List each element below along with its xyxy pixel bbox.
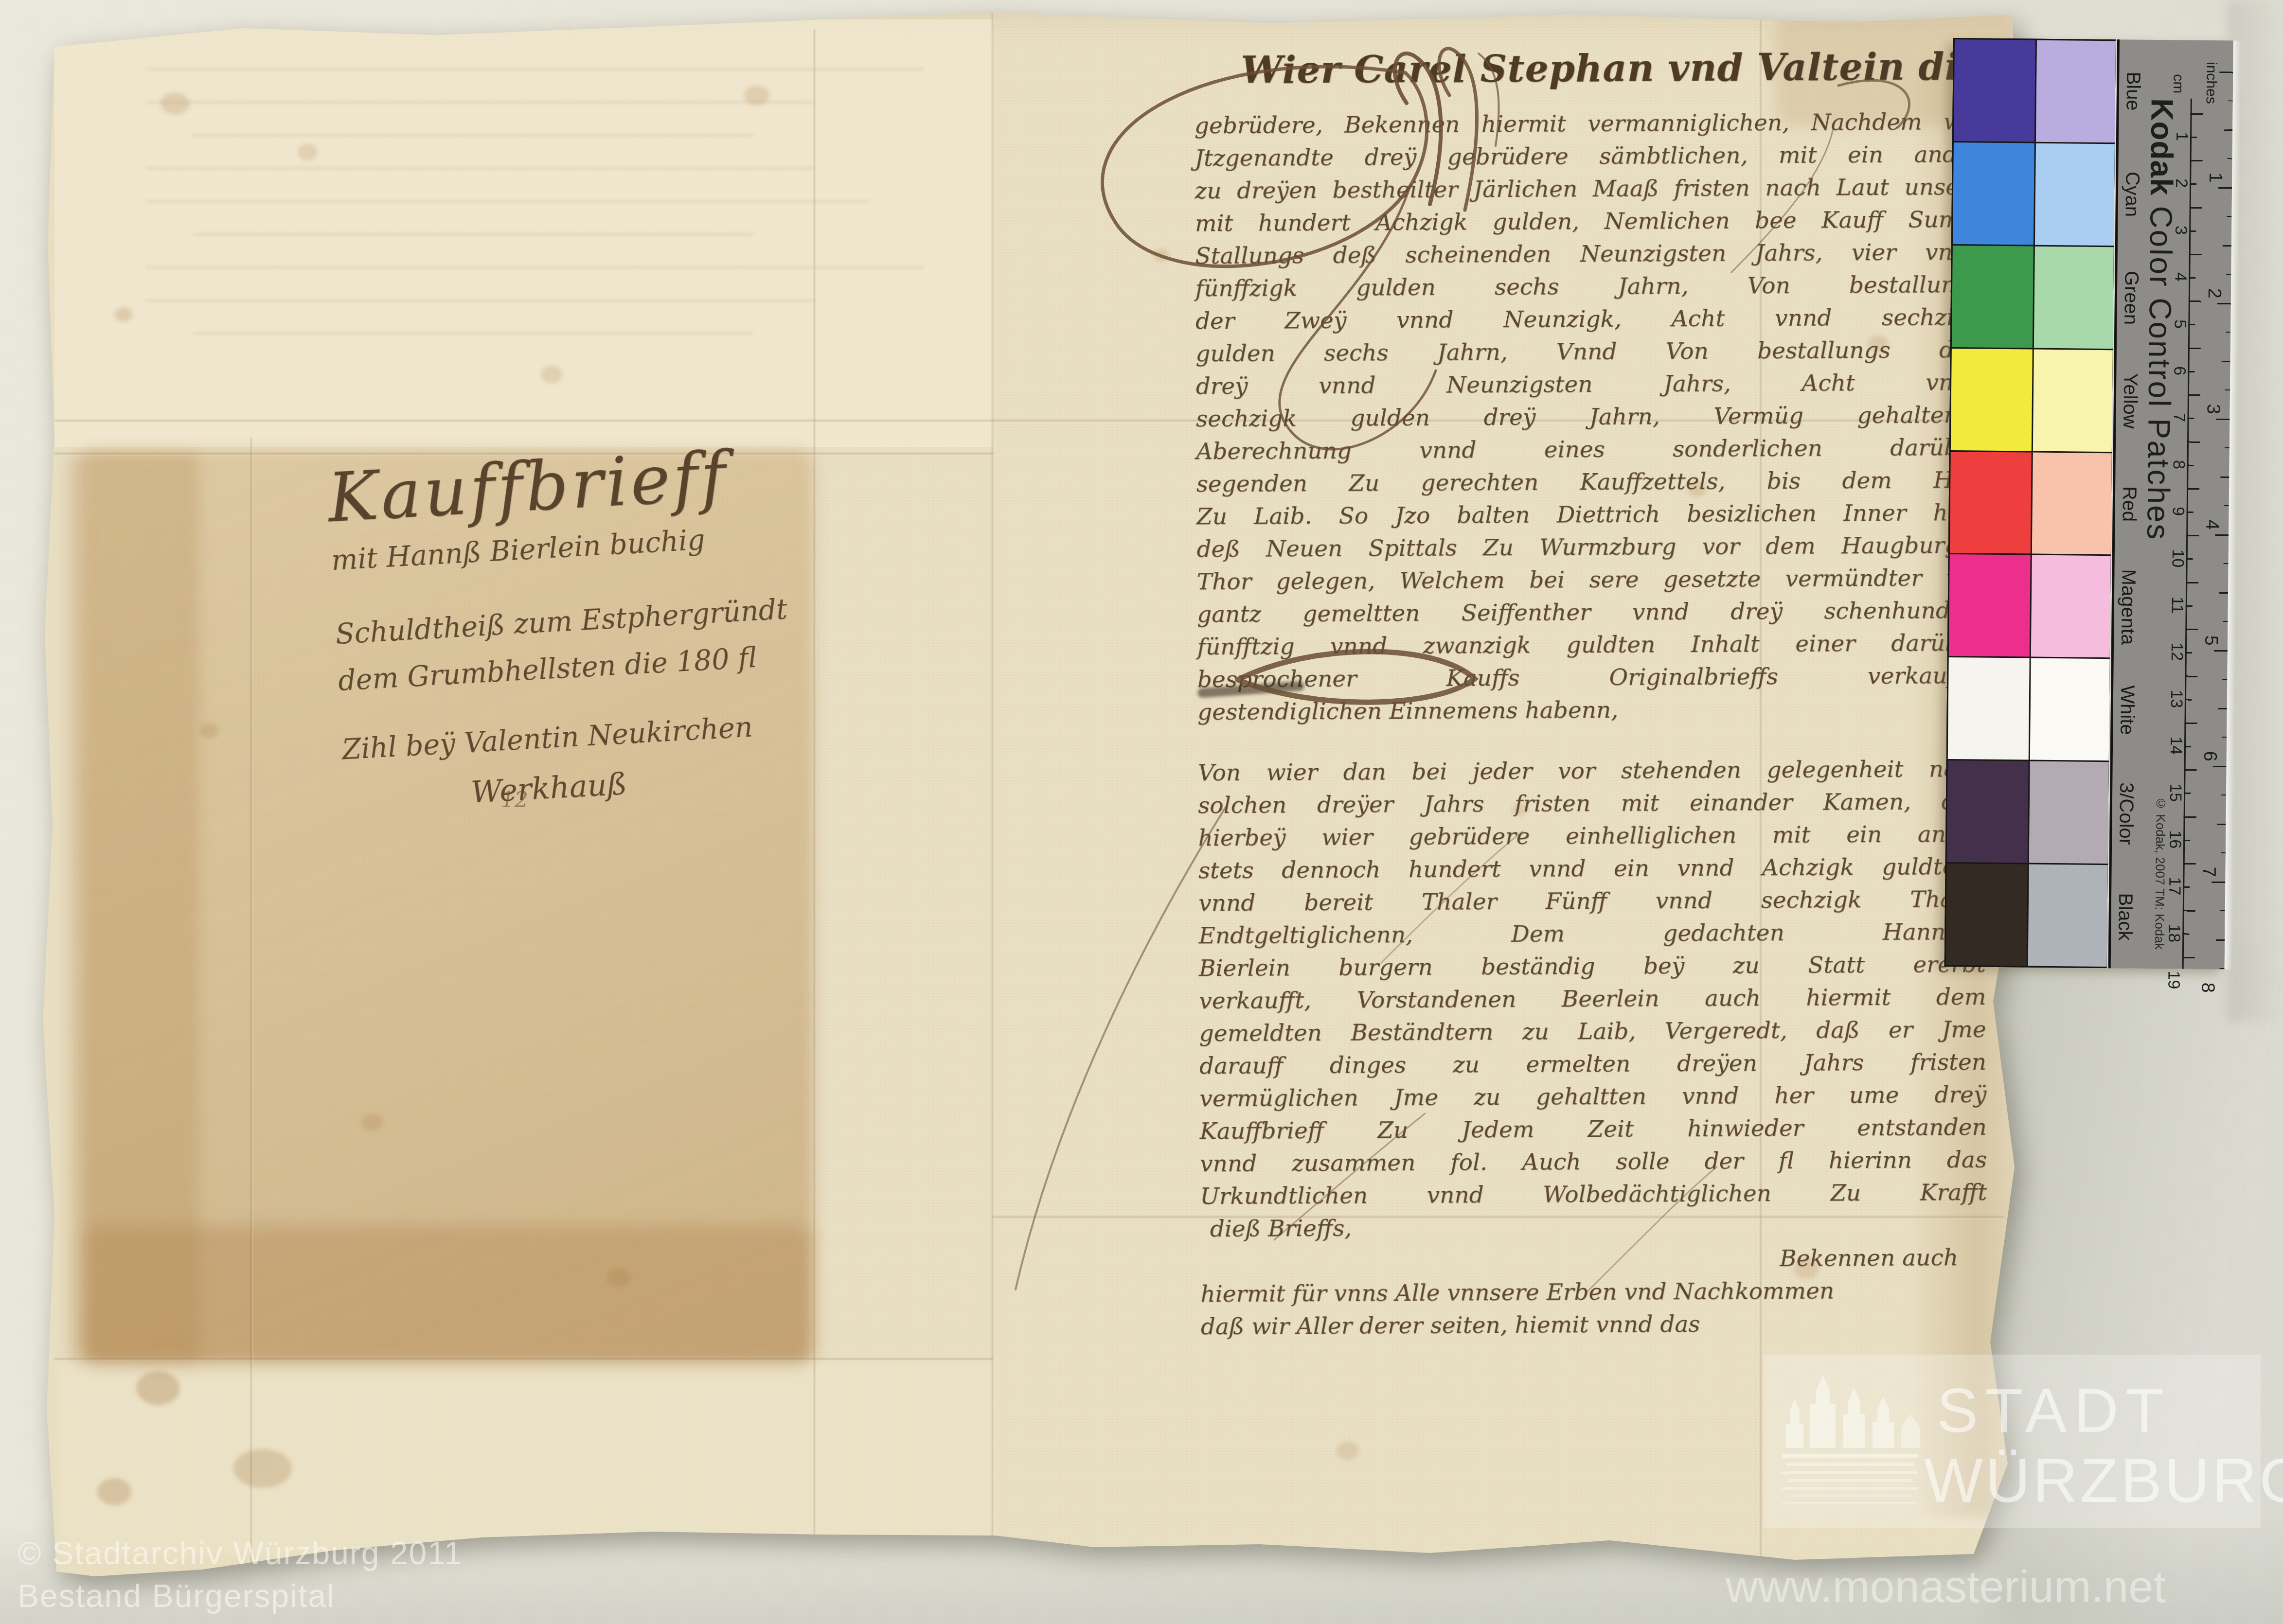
ruler-cm-number: 7 (2169, 413, 2188, 422)
stain (607, 1268, 630, 1287)
patch-yellow (1951, 349, 2033, 451)
patch-label: Black (2114, 893, 2136, 940)
manuscript-line: gantz gemeltten Seiffenther vnnd dreÿ sc… (1197, 594, 1984, 631)
stadt-wuerzburg-logo: STADT WÜRZBURG (1764, 1355, 2261, 1528)
manuscript-line: stets dennoch hundert vnnd ein vnnd Achz… (1198, 850, 1985, 887)
manuscript-line: besprochener Kauffs Originalbrieffs verk… (1197, 659, 1984, 696)
manuscript-line: vermüglichen Jme zu gehaltten vnnd her u… (1199, 1078, 1986, 1115)
ruler-inch-number: 5 (2200, 635, 2221, 646)
manuscript-line: darauff dinges zu ermelten dreÿen Jahrs … (1199, 1046, 1986, 1082)
manuscript-line: daß wir Aller derer seiten, hiemit vnnd … (1201, 1306, 1988, 1343)
ruler-cm-number: 9 (2169, 507, 2188, 516)
stain (115, 307, 132, 322)
patch-green (1952, 246, 2033, 348)
logo-text-stadt: STADT (1937, 1380, 2170, 1442)
kodak-gray-band: Kodak Color Control Patches BlueCyanGree… (2108, 39, 2233, 969)
ruler-cm-number: 1 (2172, 132, 2191, 141)
manuscript-line: gemeldten Beständtern zu Laib, Vergeredt… (1199, 1013, 1986, 1050)
vertical-fold-crease (250, 438, 253, 1571)
ruler-inch-number: 1 (2205, 172, 2226, 183)
ruler-cm-number: 6 (2170, 366, 2189, 375)
ruler-inch-number: 4 (2201, 519, 2222, 530)
manuscript-line: vnnd zusammen fol. Auch solle der fl hie… (1200, 1144, 1987, 1180)
kodak-color-control-strip: Kodak Color Control Patches BlueCyanGree… (1944, 38, 2233, 969)
patch-3color-pastel (2029, 761, 2109, 864)
manuscript-line: Stallungs deß scheinenden Neunzigsten Ja… (1195, 236, 1982, 272)
patch-red (1950, 452, 2032, 554)
ruler-cm-number: 13 (2167, 689, 2186, 708)
stain (136, 1371, 180, 1405)
manuscript-line: verkaufft, Vorstandenen Beerlein auch hi… (1199, 981, 1986, 1017)
patch-label: Blue (2122, 71, 2144, 110)
patch-label: White (2116, 686, 2138, 736)
stain (233, 1449, 292, 1488)
manuscript-line: der Zweÿ vnnd Neunzigk, Acht vnnd sechzi… (1195, 301, 1982, 337)
manuscript-line: gulden sechs Jahrn, Vnnd Von bestallungs… (1195, 334, 1982, 370)
ruler-cm-number: 10 (2168, 549, 2187, 567)
ruler-cm-number: 8 (2169, 460, 2188, 469)
patch-3color (1947, 760, 2029, 863)
ruler-inch-number: 8 (2197, 982, 2218, 993)
bleed-through-text (146, 68, 924, 366)
manuscript-line: dreÿ vnnd Neunzigsten Jahrs, Acht vnnd (1196, 366, 1983, 403)
ruler-inch-number: 7 (2198, 866, 2219, 877)
ruler-inch-number: 6 (2199, 751, 2220, 761)
manuscript-line: Bekennen auch (1200, 1241, 1987, 1278)
patch-green-pastel (2034, 246, 2114, 348)
patch-cyan-pastel (2035, 143, 2115, 246)
stain (200, 724, 219, 738)
manuscript-line: Bierlein burgern beständig beÿ zu Statt … (1199, 948, 1986, 985)
ruler-cm-number: 12 (2167, 643, 2186, 661)
ruler-cm-number: 18 (2164, 924, 2183, 942)
manuscript-line: zu dreÿen bestheilter Järlichen Maaß fri… (1195, 171, 1981, 207)
patch-magenta (1949, 554, 2031, 656)
patch-magenta-pastel (2031, 555, 2111, 657)
dorsal-note-lines: mit Hannß Bierlein buchigSchuldtheiß zum… (330, 514, 761, 773)
manuscript-line: gebrüdere, Bekennen hiermit vermanniglic… (1195, 106, 1981, 142)
archival-scan-viewer: { "document": { "dorsal_note": { "headin… (0, 0, 2283, 1624)
manuscript-line: Von wier dan bei jeder vor stehenden gel… (1198, 753, 1985, 789)
charter-heading: Wier Carel Stephan vnd Valtein die Gebrü… (1241, 45, 1981, 92)
ruler-inch-number: 2 (2204, 288, 2225, 299)
manuscript-line: Kauffbrieff Zu Jedem Zeit hinwieder ents… (1200, 1111, 1987, 1147)
patch-label: 3/Color (2115, 782, 2137, 845)
city-skyline-icon (1776, 1365, 1922, 1516)
dorsal-archive-number: 12 (501, 788, 528, 812)
stain (1154, 249, 1169, 262)
patch-label: Red (2118, 486, 2140, 522)
ruler-cm-number: 4 (2171, 272, 2190, 282)
patch-label: Yellow (2119, 373, 2141, 429)
dorsal-note: Kauffbrieff mit Hannß Bierlein buchigSch… (326, 436, 764, 823)
patch-label: Magenta (2117, 569, 2139, 645)
recto-body: gebrüdere, Bekennen hiermit vermanniglic… (1195, 106, 1988, 1343)
manuscript-line: gestendiglichen Einnemens habenn, (1197, 692, 1984, 728)
patch-white (1948, 657, 2030, 759)
patch-cyan (1953, 142, 2034, 245)
stain (362, 1113, 383, 1131)
manuscript-line: sechzigk gulden dreÿ Jahrn, Vermüg gehal… (1196, 399, 1983, 435)
patch-blue-pastel (2036, 40, 2116, 142)
manuscript-line: Aberechnung vnnd eines sonderlichen darü… (1196, 431, 1983, 468)
patch-blue (1954, 39, 2035, 141)
patch-label: Green (2120, 270, 2142, 325)
manuscript-line: fünffzigk gulden sechs Jahrn, Von bestal… (1195, 268, 1982, 305)
manuscript-line: Zu Laib. So Jzo balten Diettrich besizli… (1196, 496, 1983, 533)
logo-text-wuerzburg: WÜRZBURG (1924, 1450, 2283, 1512)
stain (1337, 1442, 1359, 1460)
manuscript-line: Thor gelegen, Welchem bei sere gesetzte … (1197, 562, 1984, 598)
manuscript-line: mit hundert Achzigk gulden, Nemlichen be… (1195, 203, 1982, 240)
patch-yellow-pastel (2033, 349, 2113, 451)
manuscript-line: segenden Zu gerechten Kauffzettels, bis … (1196, 464, 1983, 500)
color-patch-grid (1944, 38, 2116, 968)
patch-red-pastel (2032, 452, 2112, 554)
manuscript-line: deß Neuen Spittals Zu Wurmzburg vor dem … (1196, 529, 1983, 565)
manuscript-line: solchen dreÿer Jahrs fristen mit einande… (1198, 785, 1985, 822)
ruler-cm-label: cm (2170, 74, 2186, 93)
manuscript-line: fünfftzig vnnd zwanzigk guldten Inhalt e… (1197, 627, 1984, 663)
ruler-inch-number: 3 (2203, 404, 2224, 414)
manuscript-line: dieß Brieffs, (1200, 1209, 1987, 1245)
ruler-cm-number: 19 (2164, 971, 2183, 989)
manuscript-line: hierbeÿ wier gebrüdere einhelliglichen m… (1198, 818, 1985, 854)
ruler-cm-number: 14 (2166, 737, 2185, 755)
patch-white-pastel (2030, 658, 2110, 760)
ruler-cm-number: 15 (2166, 783, 2185, 802)
manuscript-line: Urkundtlichen vnnd Wolbedächtiglichen Zu… (1200, 1176, 1987, 1213)
ruler-cm-number: 16 (2165, 830, 2184, 848)
patch-black (1946, 864, 2028, 966)
center-fold-crease (991, 13, 995, 1544)
ruler-cm-number: 2 (2172, 178, 2191, 188)
ruler-inches-label: inches (2203, 62, 2220, 104)
manuscript-line: vnnd bereit Thaler Fünff vnnd sechzigk T… (1198, 883, 1985, 919)
horizontal-fold-crease (54, 1358, 993, 1361)
patch-black-pastel (2028, 865, 2108, 967)
ruler-cm-number: 3 (2171, 226, 2190, 235)
stain (97, 1478, 131, 1505)
charter-text-block: Wier Carel Stephan vnd Valtein die Gebrü… (1194, 45, 1988, 1343)
patch-label: Cyan (2121, 172, 2143, 217)
manuscript-line: Jtzgenandte dreÿ gebrüdere sämbtlichen, … (1195, 138, 1981, 175)
stain (541, 366, 562, 383)
ruler-cm-number: 11 (2168, 597, 2187, 614)
manuscript-line: hiermit für vnns Alle vnnsere Erben vnd … (1200, 1274, 1987, 1310)
ruler-cm-number: 17 (2165, 877, 2184, 896)
manuscript-line: Endtgeltiglichenn, Dem gedachten Hannsen (1198, 916, 1985, 952)
ruler-cm-number: 5 (2170, 319, 2189, 328)
